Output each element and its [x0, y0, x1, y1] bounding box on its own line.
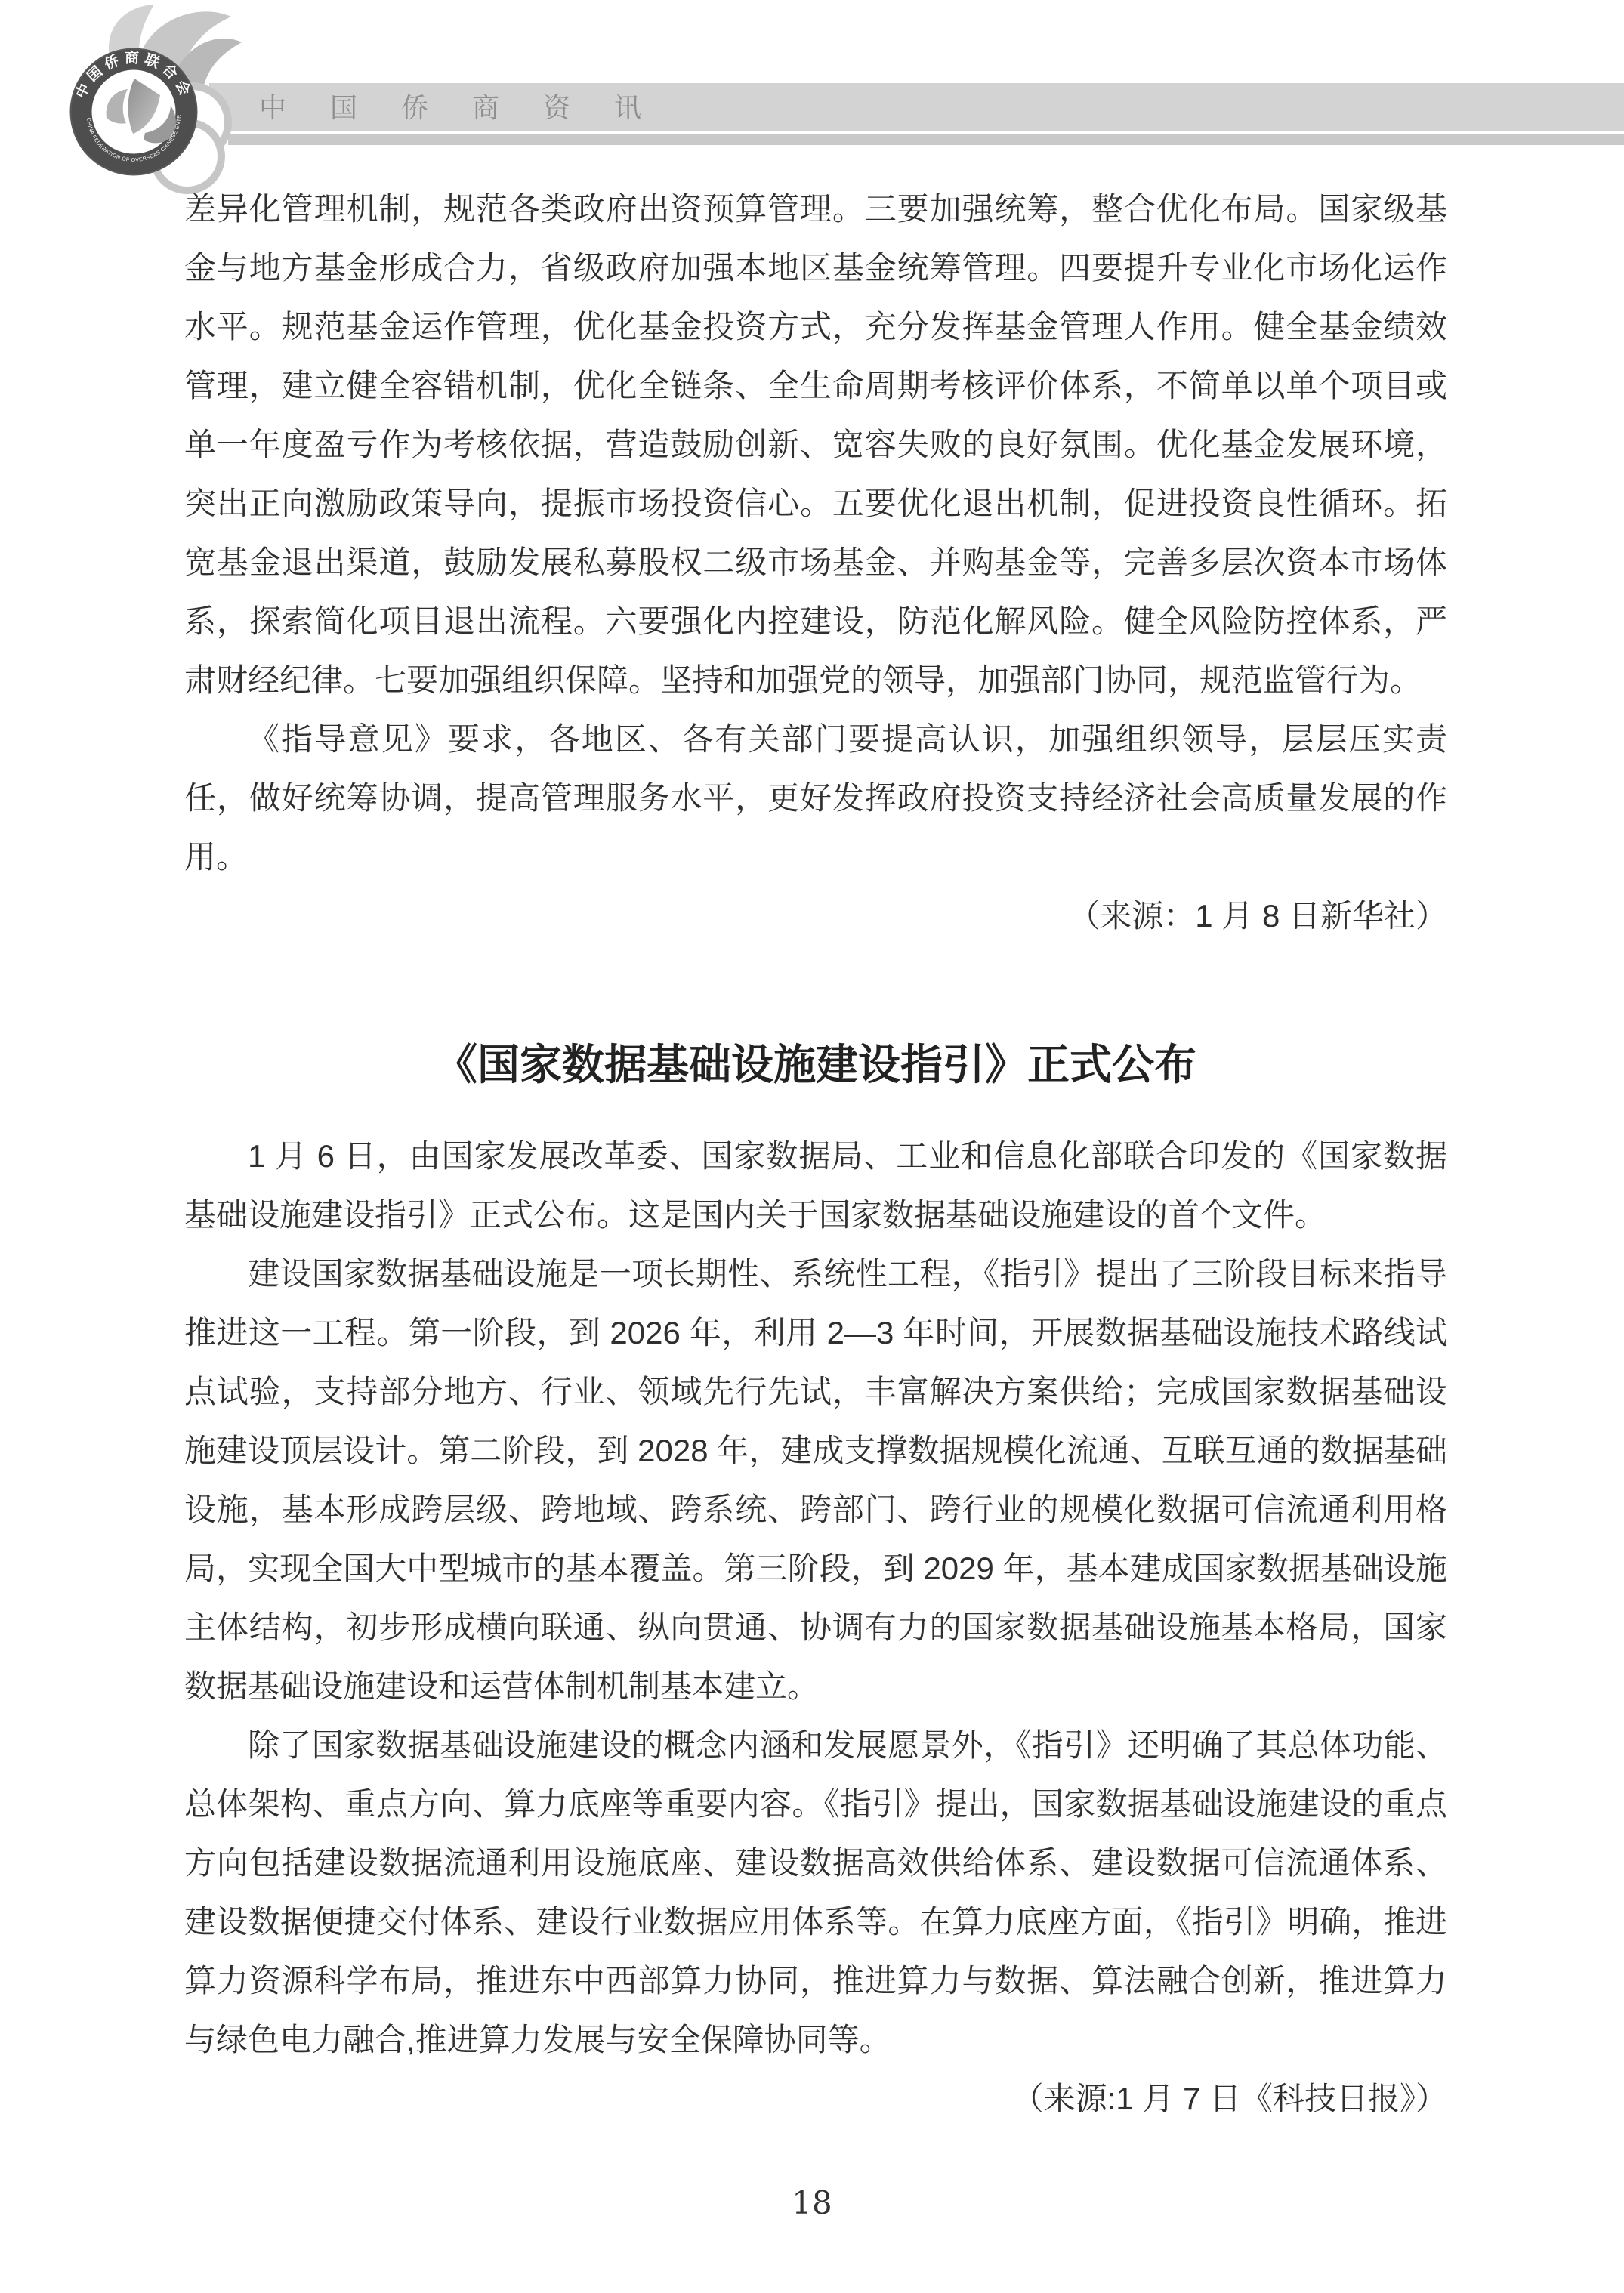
article1-source-line: （来源：1 月 8 日新华社） [184, 887, 1447, 946]
article2-source-line: （来源:1 月 7 日《科技日报》） [184, 2069, 1447, 2128]
article1-paragraph-1: 差异化管理机制，规范各类政府出资预算管理。三要加强统筹，整合优化布局。国家级基金… [184, 180, 1447, 710]
article1-paragraph-2: 《指导意见》要求，各地区、各有关部门要提高认识，加强组织领导，层层压实责任，做好… [184, 710, 1447, 887]
article-body: 差异化管理机制，规范各类政府出资预算管理。三要加强统筹，整合优化布局。国家级基金… [184, 180, 1447, 2128]
article2-paragraph-1: 1 月 6 日，由国家发展改革委、国家数据局、工业和信息化部联合印发的《国家数据… [184, 1127, 1447, 1245]
page-number: 18 [0, 2184, 1624, 2221]
header-band-underline [228, 134, 1624, 145]
header-band-title: 中国侨商资讯 [259, 83, 685, 131]
article2-title: 《国家数据基础设施建设指引》正式公布 [184, 1035, 1447, 1095]
article2-paragraph-2: 建设国家数据基础设施是一项长期性、系统性工程，《指引》提出了三阶段目标来指导推进… [184, 1245, 1447, 1716]
document-page: 中国侨商资讯 [0, 0, 1624, 2293]
federation-logo-icon: 中国侨商联合会 CHINA FEDERATION OF OVERSEAS CHI… [21, 0, 278, 198]
article2-paragraph-3: 除了国家数据基础设施建设的概念内涵和发展愿景外，《指引》还明确了其总体功能、总体… [184, 1716, 1447, 2069]
header-band: 中国侨商资讯 [209, 83, 1624, 131]
